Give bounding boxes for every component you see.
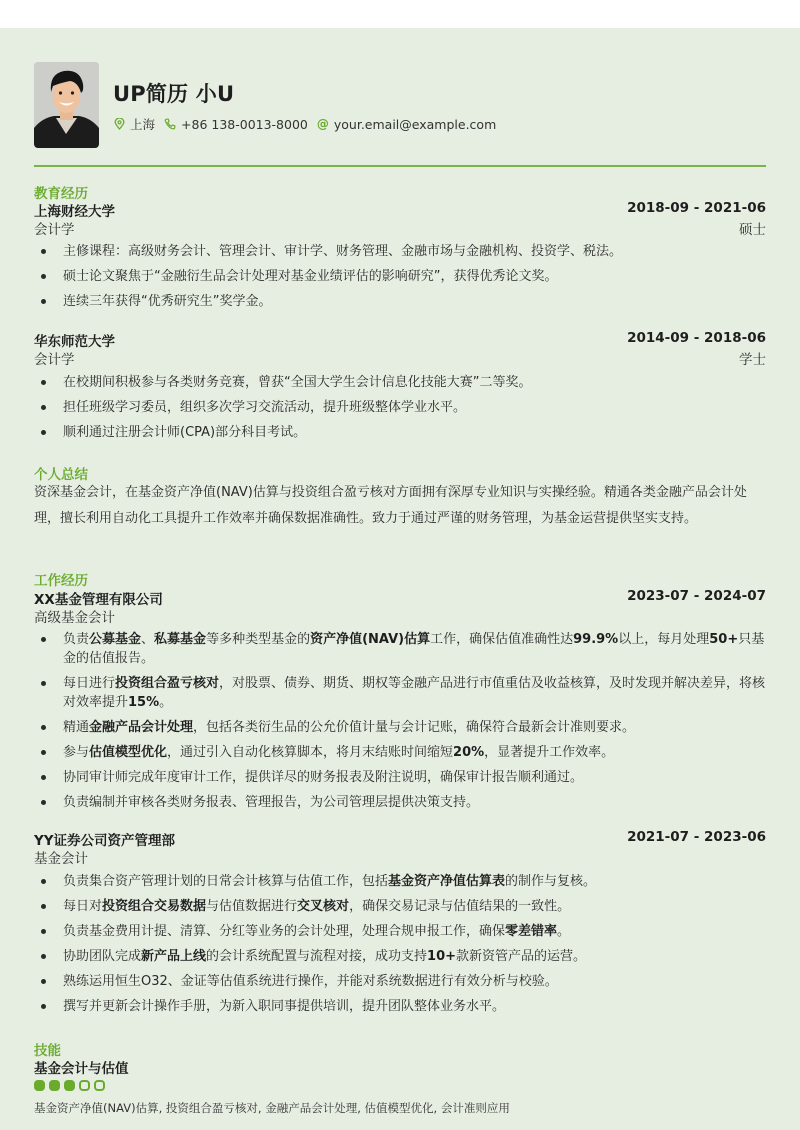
work-date: 2023-07 - 2024-07: [627, 588, 766, 604]
education-date: 2018-09 - 2021-06: [627, 200, 766, 216]
work-company: YY证券公司资产管理部: [34, 829, 175, 849]
work-company: XX基金管理有限公司: [34, 588, 163, 608]
resume-header: UP简历 小U 上海 +86 138-0013-8000 @ your.emai…: [34, 62, 766, 148]
skill-name: 基金会计与估值: [34, 1057, 129, 1077]
section-title-education: 教育经历: [34, 182, 88, 202]
list-item: 硕士论文聚焦于“金融衍生品会计处理对基金业绩评估的影响研究”，获得优秀论文奖。: [34, 267, 766, 286]
list-item: 熟练运用恒生O32、金证等估值系统进行操作，并能对系统数据进行有效分析与校验。: [34, 972, 766, 991]
education-degree: 硕士: [739, 218, 766, 238]
list-item: 连续三年获得“优秀研究生”奖学金。: [34, 292, 766, 311]
education-bullets: 主修课程：高级财务会计、管理会计、审计学、财务管理、金融市场与金融机构、投资学、…: [34, 242, 766, 317]
summary-text: 资深基金会计，在基金资产净值(NAV)估算与投资组合盈亏核对方面拥有深厚专业知识…: [34, 480, 766, 532]
contact-info: 上海 +86 138-0013-8000 @ your.email@exampl…: [113, 115, 505, 133]
phone-icon: [164, 118, 176, 130]
list-item: 负责基金费用计提、清算、分红等业务的会计处理，处理合规申报工作，确保零差错率。: [34, 922, 766, 941]
work-bullets: 负责公募基金、私募基金等多种类型基金的资产净值(NAV)估算工作，确保估值准确性…: [34, 630, 766, 818]
education-major: 会计学: [34, 218, 75, 238]
education-date: 2014-09 - 2018-06: [627, 330, 766, 346]
education-school: 上海财经大学: [34, 200, 115, 220]
empty-dot-icon: [79, 1080, 90, 1091]
contact-phone[interactable]: +86 138-0013-8000: [164, 117, 308, 132]
education-school: 华东师范大学: [34, 330, 115, 350]
location-text: 上海: [130, 115, 155, 133]
avatar: [34, 62, 99, 148]
list-item: 负责集合资产管理计划的日常会计核算与估值工作，包括基金资产净值估算表的制作与复核…: [34, 872, 766, 891]
list-item: 负责编制并审核各类财务报表、管理报告，为公司管理层提供决策支持。: [34, 793, 766, 812]
work-date: 2021-07 - 2023-06: [627, 829, 766, 845]
work-role: 高级基金会计: [34, 606, 115, 626]
list-item: 每日进行投资组合盈亏核对，对股票、债券、期货、期权等金融产品进行市值重估及收益核…: [34, 674, 766, 712]
phone-text: +86 138-0013-8000: [181, 117, 308, 132]
at-icon: @: [317, 118, 329, 130]
skill-keywords: 基金资产净值(NAV)估算, 投资组合盈亏核对, 金融产品会计处理, 估值模型优…: [34, 1100, 510, 1116]
candidate-name: UP简历 小U: [113, 78, 234, 108]
list-item: 顺利通过注册会计师(CPA)部分科目考试。: [34, 423, 766, 442]
filled-dot-icon: [49, 1080, 60, 1091]
empty-dot-icon: [94, 1080, 105, 1091]
education-bullets: 在校期间积极参与各类财务竞赛，曾获“全国大学生会计信息化技能大赛”二等奖。 担任…: [34, 373, 766, 448]
work-bullets: 负责集合资产管理计划的日常会计核算与估值工作，包括基金资产净值估算表的制作与复核…: [34, 872, 766, 1022]
list-item: 精通金融产品会计处理，包括各类衍生品的公允价值计量与会计记账，确保符合最新会计准…: [34, 718, 766, 737]
email-text: your.email@example.com: [334, 117, 496, 132]
list-item: 在校期间积极参与各类财务竞赛，曾获“全国大学生会计信息化技能大赛”二等奖。: [34, 373, 766, 392]
list-item: 每日对投资组合交易数据与估值数据进行交叉核对，确保交易记录与估值结果的一致性。: [34, 897, 766, 916]
list-item: 主修课程：高级财务会计、管理会计、审计学、财务管理、金融市场与金融机构、投资学、…: [34, 242, 766, 261]
header-divider: [34, 165, 766, 167]
filled-dot-icon: [34, 1080, 45, 1091]
list-item: 负责公募基金、私募基金等多种类型基金的资产净值(NAV)估算工作，确保估值准确性…: [34, 630, 766, 668]
section-title-skills: 技能: [34, 1039, 61, 1059]
filled-dot-icon: [64, 1080, 75, 1091]
education-major: 会计学: [34, 348, 75, 368]
skill-level-rating: [34, 1080, 109, 1091]
work-role: 基金会计: [34, 847, 88, 867]
map-pin-icon: [113, 118, 125, 130]
education-degree: 学士: [739, 348, 766, 368]
section-title-work: 工作经历: [34, 569, 88, 589]
list-item: 参与估值模型优化，通过引入自动化核算脚本，将月末结账时间缩短20%，显著提升工作…: [34, 743, 766, 762]
list-item: 协同审计师完成年度审计工作，提供详尽的财务报表及附注说明，确保审计报告顺利通过。: [34, 768, 766, 787]
contact-location: 上海: [113, 115, 155, 133]
list-item: 撰写并更新会计操作手册，为新入职同事提供培训，提升团队整体业务水平。: [34, 997, 766, 1016]
contact-email[interactable]: @ your.email@example.com: [317, 117, 496, 132]
list-item: 协助团队完成新产品上线的会计系统配置与流程对接，成功支持10+款新资管产品的运营…: [34, 947, 766, 966]
list-item: 担任班级学习委员，组织多次学习交流活动，提升班级整体学业水平。: [34, 398, 766, 417]
